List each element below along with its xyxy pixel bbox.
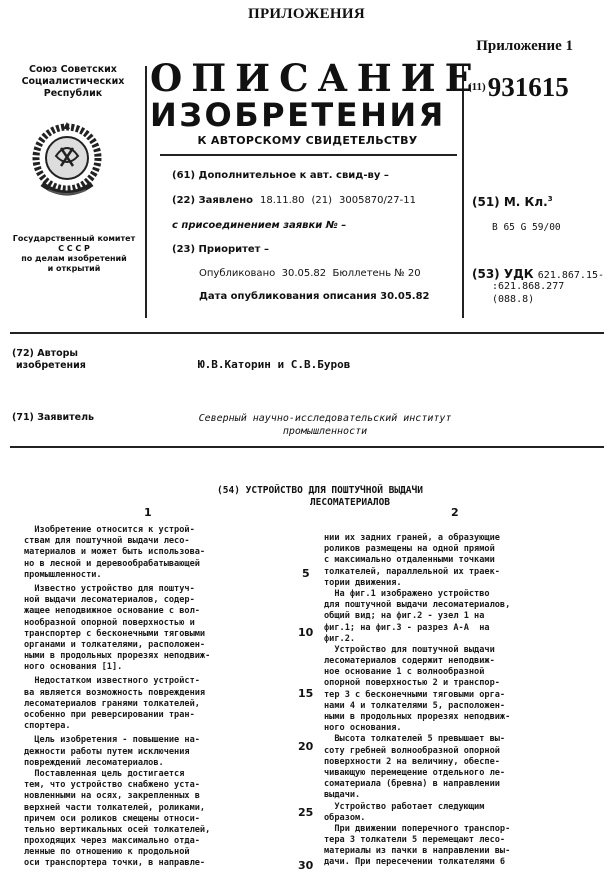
- field-23-priority: (23) Приоритет –: [172, 244, 269, 255]
- line-number-25: 25: [298, 806, 313, 819]
- text-line: Цель изобретения - повышение на-: [24, 735, 210, 746]
- text-line: тер 3 с бесконечными тяговыми орга-: [324, 690, 510, 701]
- text-line: новленными на осях, закрепленных в: [24, 791, 210, 802]
- published-date: 30.05.82: [282, 268, 327, 279]
- text-line: проходящих через максимально отда-: [24, 836, 210, 847]
- text-line: для поштучной выдачи лесоматериалов,: [324, 600, 510, 611]
- appendix-number: Приложение 1: [476, 38, 573, 55]
- text-line: органами и толкателями, расположен-: [24, 640, 210, 651]
- udk-code-3: (088.8): [492, 294, 534, 305]
- field-22-21: (22) Заявлено 18.11.80 (21) 3005870/27-1…: [172, 195, 416, 206]
- text-line: ного основания [1].: [24, 662, 210, 673]
- applicant-value: Северный научно-исследовательский инстит…: [160, 412, 490, 438]
- text-line: оси транспортера точки, в направле-: [24, 858, 210, 869]
- field-joined-application: с присоединением заявки № –: [172, 220, 346, 231]
- text-line: Устройство для поштучной выдачи: [324, 645, 510, 656]
- filed-date: 18.11.80: [260, 195, 305, 206]
- text-column-1: Изобретение относится к устрой-ствам для…: [24, 525, 210, 870]
- patent-number-code: (11): [468, 81, 486, 93]
- committee-name: Государственный комитет С С С Р по делам…: [6, 234, 142, 274]
- description-date: 30.05.82: [380, 291, 429, 302]
- text-line: ленные по отношению к продольной: [24, 847, 210, 858]
- text-line: ными в продольных прорезях неподвиж-: [24, 651, 210, 662]
- line-number-15: 15: [298, 687, 313, 700]
- text-line: поверхности 2 на величину, обеспе-: [324, 757, 510, 768]
- text-line: нами 4 и толкателями 5, расположен-: [324, 701, 510, 712]
- text-line: повреждений лесоматериалов.: [24, 758, 210, 769]
- text-line: нии их задних граней, а образующие: [324, 533, 510, 544]
- text-line: жащее неподвижное основание с вол-: [24, 606, 210, 617]
- text-line: Устройство работает следующим: [324, 802, 510, 813]
- line-number-30: 30: [298, 859, 313, 872]
- text-column-2: нии их задних граней, а образующиеролико…: [324, 533, 510, 869]
- text-line: Известно устройство для поштуч-: [24, 584, 210, 595]
- field-published: Опубликовано 30.05.82 Бюллетень № 20: [199, 268, 421, 279]
- udk-code-1: 621.867.15-: [538, 270, 604, 281]
- text-line: ва является возможность повреждения: [24, 688, 210, 699]
- text-line: но в лесной и деревообрабатывающей: [24, 559, 210, 570]
- text-line: опорной поверхностью 2 и транспор-: [324, 678, 510, 689]
- text-line: ного основания.: [324, 723, 510, 734]
- column-number-2: 2: [451, 506, 459, 519]
- patent-number: (11)931615: [468, 72, 569, 103]
- text-line: чивающую перемещение отдельного ле-: [324, 768, 510, 779]
- text-line: материалы из пачки в направлении вы-: [324, 846, 510, 857]
- text-line: тории движения.: [324, 578, 510, 589]
- document-subtitle: К АВТОРСКОМУ СВИДЕТЕЛЬСТВУ: [170, 134, 445, 147]
- field-51-mpk: (51) М. Кл.3: [472, 195, 553, 209]
- mpk-code: B 65 G 59/00: [492, 222, 561, 233]
- text-line: соматериала (бревна) в направлении: [324, 779, 510, 790]
- invention-title: (54) УСТРОЙСТВО ДЛЯ ПОШТУЧНОЙ ВЫДАЧИ ЛЕС…: [140, 485, 500, 509]
- text-line: фиг.1; на фиг.3 - разрез А-А на: [324, 623, 510, 634]
- patent-number-value: 931615: [488, 72, 569, 102]
- bulletin: Бюллетень № 20: [332, 268, 420, 279]
- text-line: соту гребней волнообразной опорной: [324, 746, 510, 757]
- text-line: Поставленная цель достигается: [24, 769, 210, 780]
- field-61: (61) Дополнительное к авт. свид-ву –: [172, 170, 389, 181]
- divider-right: [462, 66, 464, 318]
- section-rule-top: [10, 332, 604, 334]
- text-line: тем, что устройство снабжено уста-: [24, 780, 210, 791]
- column-number-1: 1: [144, 506, 152, 519]
- text-line: образом.: [324, 813, 510, 824]
- text-line: Высота толкателей 5 превышает вы-: [324, 734, 510, 745]
- application-number: 3005870/27-11: [339, 195, 416, 206]
- text-line: дачи. При пересечении толкателями 6: [324, 857, 510, 868]
- text-line: Изобретение относится к устрой-: [24, 525, 210, 536]
- text-line: тельно вертикальных осей толкателей,: [24, 825, 210, 836]
- text-line: роликов размещены на одной прямой: [324, 544, 510, 555]
- text-line: нообразной опорной поверхностью и: [24, 618, 210, 629]
- document-title-line1: ОПИСАНИЕ: [150, 58, 460, 98]
- divider-left: [145, 66, 147, 318]
- text-line: верхней части толкателей, роликами,: [24, 803, 210, 814]
- authors-label: (72) Авторы изобретения: [12, 348, 86, 372]
- text-line: лесоматериалов гранями толкателей,: [24, 699, 210, 710]
- text-line: ной выдачи лесоматериалов, содер-: [24, 595, 210, 606]
- line-number-10: 10: [298, 626, 313, 639]
- appendix-title: ПРИЛОЖЕНИЯ: [0, 6, 613, 23]
- authors-value: Ю.В.Каторин и С.В.Буров: [198, 358, 350, 371]
- text-line: тера 3 толкатели 5 перемещают лесо-: [324, 835, 510, 846]
- text-line: ными в продольных прорезях неподвиж-: [324, 712, 510, 723]
- document-title-line2: ИЗОБРЕТЕНИЯ: [150, 96, 460, 134]
- text-line: выдачи.: [324, 790, 510, 801]
- text-line: ное основание 1 с волнообразной: [324, 667, 510, 678]
- text-line: с максимально отдаленными точками: [324, 555, 510, 566]
- line-number-5: 5: [302, 567, 310, 580]
- text-line: На фиг.1 изображено устройство: [324, 589, 510, 600]
- text-line: лесоматериалов содержит неподвиж-: [324, 656, 510, 667]
- udk-code-2: :621.868.277: [492, 281, 564, 292]
- text-line: материалов и может быть использова-: [24, 547, 210, 558]
- text-line: общий вид; на фиг.2 - узел 1 на: [324, 611, 510, 622]
- text-line: особенно при реверсировании тран-: [24, 710, 210, 721]
- field-53-udk: (53) УДК 621.867.15-: [472, 267, 604, 281]
- text-line: толкателей, параллельной их траек-: [324, 567, 510, 578]
- text-line: Недостатком известного устройст-: [24, 676, 210, 687]
- text-line: спортера.: [24, 721, 210, 732]
- text-line: промышленности.: [24, 570, 210, 581]
- union-name: Союз Советских Социалистических Республи…: [14, 64, 132, 100]
- text-line: При движении поперечного транспор-: [324, 824, 510, 835]
- text-line: дежности работы путем исключения: [24, 747, 210, 758]
- applicant-label: (71) Заявитель: [12, 412, 94, 424]
- ussr-emblem-icon: [28, 118, 106, 204]
- text-line: ствам для поштучной выдачи лесо-: [24, 536, 210, 547]
- text-line: фиг.2.: [324, 634, 510, 645]
- section-rule-bottom: [10, 446, 604, 448]
- field-description-date: Дата опубликования описания 30.05.82: [199, 291, 430, 302]
- text-line: причем оси роликов смещены относи-: [24, 814, 210, 825]
- line-number-20: 20: [298, 740, 313, 753]
- text-line: транспортер с бесконечными тяговыми: [24, 629, 210, 640]
- subtitle-rule: [160, 154, 457, 156]
